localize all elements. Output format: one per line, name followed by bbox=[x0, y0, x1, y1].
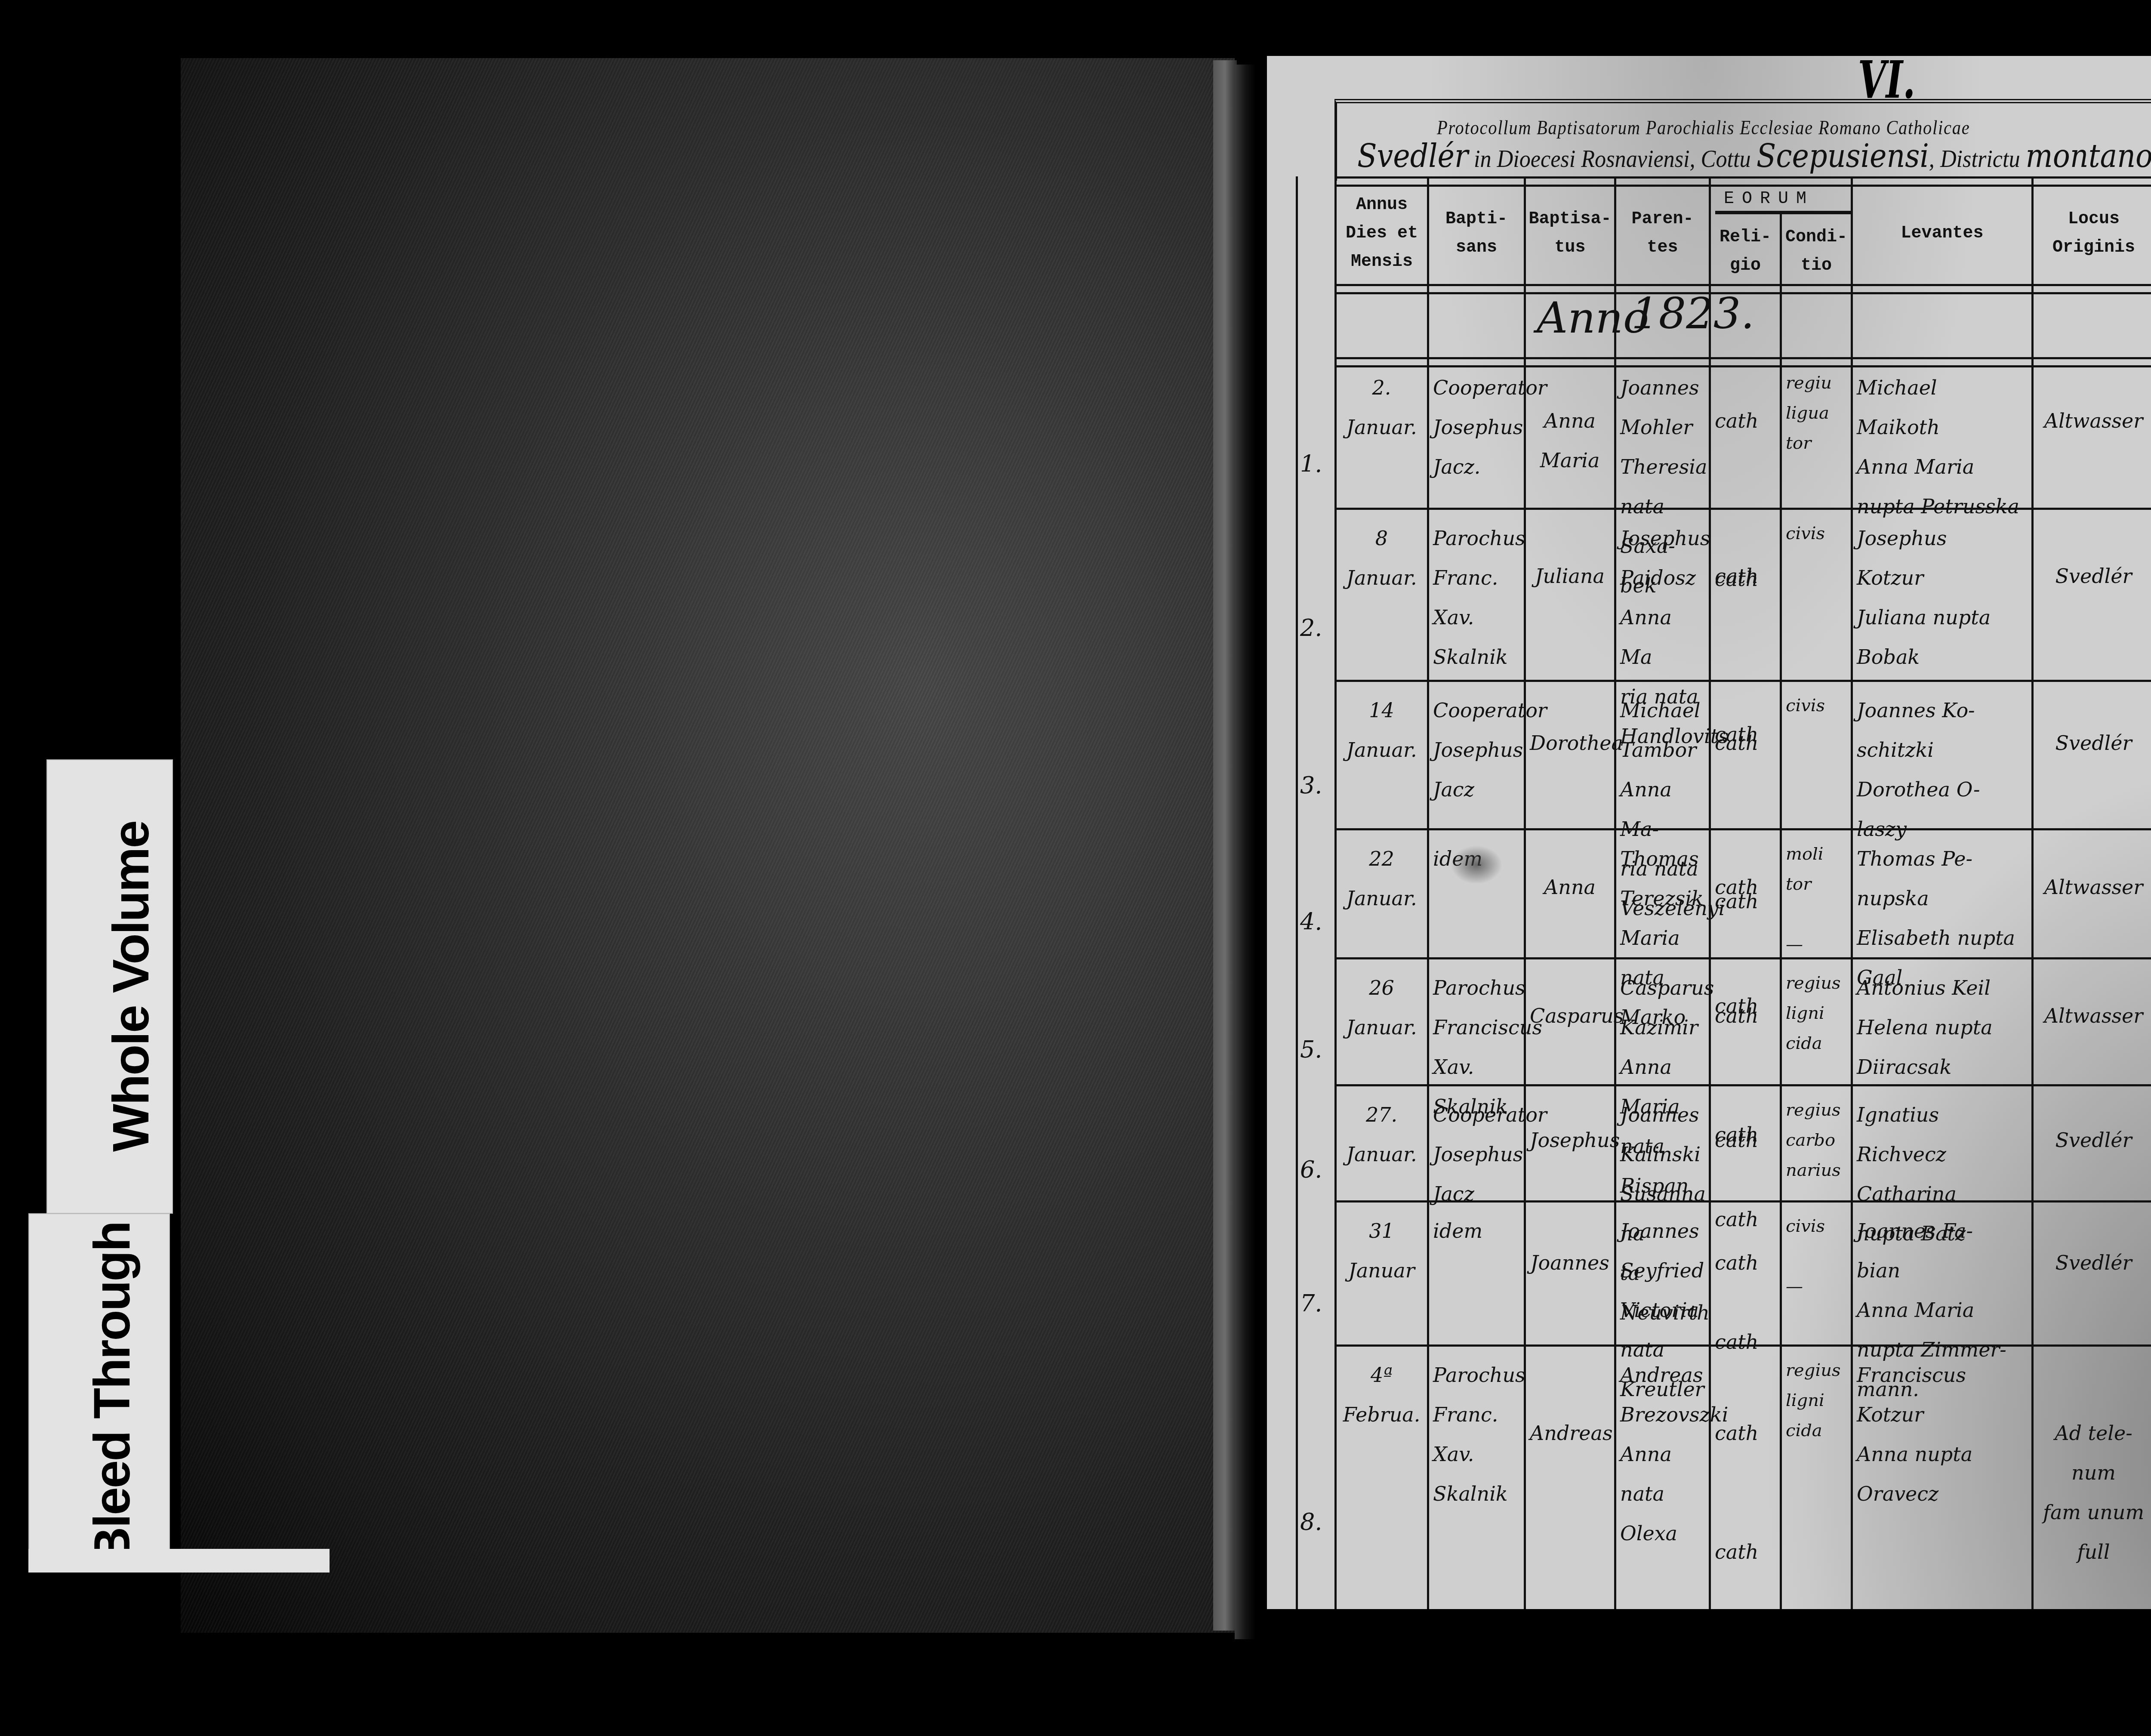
book-gutter bbox=[1235, 65, 1265, 1639]
eorum-rule bbox=[1715, 211, 1851, 214]
cell-baptisatus: Andreas bbox=[1530, 1413, 1610, 1453]
cell-locus: Svedlér bbox=[2037, 723, 2150, 763]
label-card-ledge bbox=[28, 1549, 330, 1573]
cell-levantes: Josephus Kotzur Juliana nupta Bobak bbox=[1857, 518, 2027, 677]
cell-baptisatus: Juliana bbox=[1530, 556, 1610, 596]
whole-volume-text: Whole Volume bbox=[102, 821, 160, 1152]
column-rule bbox=[1334, 176, 1337, 1609]
cell-conditio: civis bbox=[1786, 691, 1846, 721]
cell-locus: Svedlér bbox=[2037, 556, 2150, 596]
district-name: montano. bbox=[2026, 138, 2151, 175]
cell-baptisatus: Anna Maria bbox=[1530, 401, 1610, 480]
cell-levantes: Joannes Ko- schitzki Dorothea O- laszy bbox=[1857, 691, 2027, 849]
parish-name: Svedlér bbox=[1357, 138, 1468, 175]
cell-baptisatus: Joannes bbox=[1530, 1243, 1610, 1283]
header-baptisans: Bapti- sans bbox=[1429, 183, 1524, 284]
cell-baptisatus: Josephus bbox=[1530, 1120, 1610, 1160]
cell-conditio: civis bbox=[1786, 518, 1846, 549]
cell-conditio: regius ligni cida bbox=[1786, 1355, 1846, 1446]
column-rule bbox=[2031, 176, 2034, 1609]
cell-baptisans: Parochus Franc. Xav. Skalnik bbox=[1433, 518, 1519, 677]
header-eorum: EORUM bbox=[1724, 189, 1814, 209]
cell-conditio: regius ligni cida bbox=[1786, 968, 1846, 1058]
column-rule bbox=[1780, 213, 1782, 284]
column-rule bbox=[1427, 176, 1429, 1609]
entry-number: 8. bbox=[1300, 1508, 1322, 1536]
whole-volume-label: Whole Volume bbox=[46, 759, 173, 1214]
cell-date: 2. Januar. bbox=[1341, 368, 1423, 447]
row-rule bbox=[1334, 357, 2151, 367]
column-rule bbox=[1780, 357, 1782, 1609]
register-title: Protocollum Baptisatorum Parochialis Ecc… bbox=[1437, 116, 1970, 139]
diocese-text: in Dioecesi Rosnaviensi, Cottu bbox=[1474, 145, 1751, 173]
cell-locus: Altwasser bbox=[2037, 867, 2150, 907]
cell-conditio: civis — bbox=[1786, 1211, 1846, 1301]
header-baptisatus: Baptisa- tus bbox=[1526, 183, 1614, 284]
header-date: Annus Dies et Mensis bbox=[1337, 183, 1427, 284]
cell-date: 31 Januar bbox=[1341, 1211, 1423, 1290]
cell-baptisans: Cooperator Josephus Jacz bbox=[1433, 1095, 1519, 1214]
header-religio: Reli- gio bbox=[1711, 215, 1780, 288]
header-levantes: Levantes bbox=[1853, 183, 2031, 284]
cell-locus: Svedlér bbox=[2037, 1120, 2150, 1160]
cell-date: 22 Januar. bbox=[1341, 839, 1423, 918]
cell-baptisatus: Anna bbox=[1530, 867, 1610, 907]
cell-baptisans: idem bbox=[1433, 1211, 1519, 1251]
entry-number: 4. bbox=[1300, 908, 1322, 935]
column-rule bbox=[1709, 176, 1711, 1609]
cell-locus: Ad tele- num fam unum full bbox=[2037, 1413, 2150, 1572]
register-subtitle: Svedlér in Dioecesi Rosnaviensi, Cottu S… bbox=[1357, 138, 2151, 175]
bleed-through-label: Bleed Through bbox=[28, 1213, 170, 1572]
entry-number: 6. bbox=[1300, 1156, 1322, 1183]
binding-fold bbox=[1213, 60, 1237, 1631]
cell-baptisans: Parochus Franc. Xav. Skalnik bbox=[1433, 1355, 1519, 1514]
header-parentes: Paren- tes bbox=[1616, 183, 1709, 284]
county-name: Scepusiensi bbox=[1757, 138, 1929, 175]
cell-conditio: regius carbo narius — bbox=[1786, 1095, 1846, 1215]
cell-date: 27. Januar. bbox=[1341, 1095, 1423, 1174]
left-page-bleed-through bbox=[181, 58, 1235, 1633]
cell-religio: cath cath bbox=[1715, 1120, 1775, 1239]
header-rule bbox=[1334, 176, 2151, 187]
entry-number: 2. bbox=[1300, 614, 1322, 641]
cell-locus: Altwasser bbox=[2037, 401, 2150, 441]
header-locus: Locus Originis bbox=[2034, 183, 2151, 284]
cell-levantes: Antonius Keil Helena nupta Diiracsak bbox=[1857, 968, 2027, 1087]
cell-baptisatus: Dorothea bbox=[1530, 723, 1610, 763]
district-label: , Districtu bbox=[1929, 145, 2020, 173]
cell-conditio: moli tor — bbox=[1786, 839, 1846, 959]
cell-date: 4ª Februa. bbox=[1341, 1355, 1423, 1434]
cell-levantes: Franciscus Kotzur Anna nupta Oravecz bbox=[1857, 1355, 2027, 1514]
cell-religio: cath cath bbox=[1715, 1243, 1775, 1362]
year-value: 1823. bbox=[1631, 288, 1754, 339]
cell-locus: Svedlér bbox=[2037, 1243, 2150, 1283]
cell-date: 14 Januar. bbox=[1341, 691, 1423, 770]
entry-number: 7. bbox=[1300, 1290, 1322, 1317]
cell-baptisans: Cooperator Josephus Jacz. bbox=[1433, 368, 1519, 487]
outer-rule bbox=[1296, 176, 1298, 1609]
cell-religio: cath cath bbox=[1715, 1413, 1775, 1572]
column-rule bbox=[1614, 176, 1616, 1609]
cell-levantes: Michael Maikoth Anna Maria nupta Petruss… bbox=[1857, 368, 2027, 526]
column-rule bbox=[1780, 286, 1782, 357]
cell-date: 8 Januar. bbox=[1341, 518, 1423, 598]
cell-parentes: Andreas Brezovszki Anna nata Olexa bbox=[1620, 1355, 1704, 1553]
header-rule bbox=[1334, 284, 2151, 294]
entry-number: 5. bbox=[1300, 1036, 1322, 1063]
cell-locus: Altwasser bbox=[2037, 996, 2150, 1036]
cell-conditio: regiu ligua tor bbox=[1786, 368, 1846, 458]
ink-smudge bbox=[1451, 845, 1502, 884]
baptism-register-table: Annus Dies et Mensis Bapti- sans Baptisa… bbox=[1334, 176, 2151, 1609]
cell-date: 26 Januar. bbox=[1341, 968, 1423, 1047]
cell-baptisatus: Casparus bbox=[1530, 996, 1610, 1036]
header-conditio: Condi- tio bbox=[1782, 215, 1851, 288]
bleed-through-text: Bleed Through bbox=[83, 1222, 142, 1563]
entry-number: 1. bbox=[1300, 450, 1322, 478]
column-rule bbox=[1851, 176, 1853, 1609]
cell-baptisans: Cooperator Josephus Jacz bbox=[1433, 691, 1519, 809]
entry-number: 3. bbox=[1300, 772, 1322, 799]
